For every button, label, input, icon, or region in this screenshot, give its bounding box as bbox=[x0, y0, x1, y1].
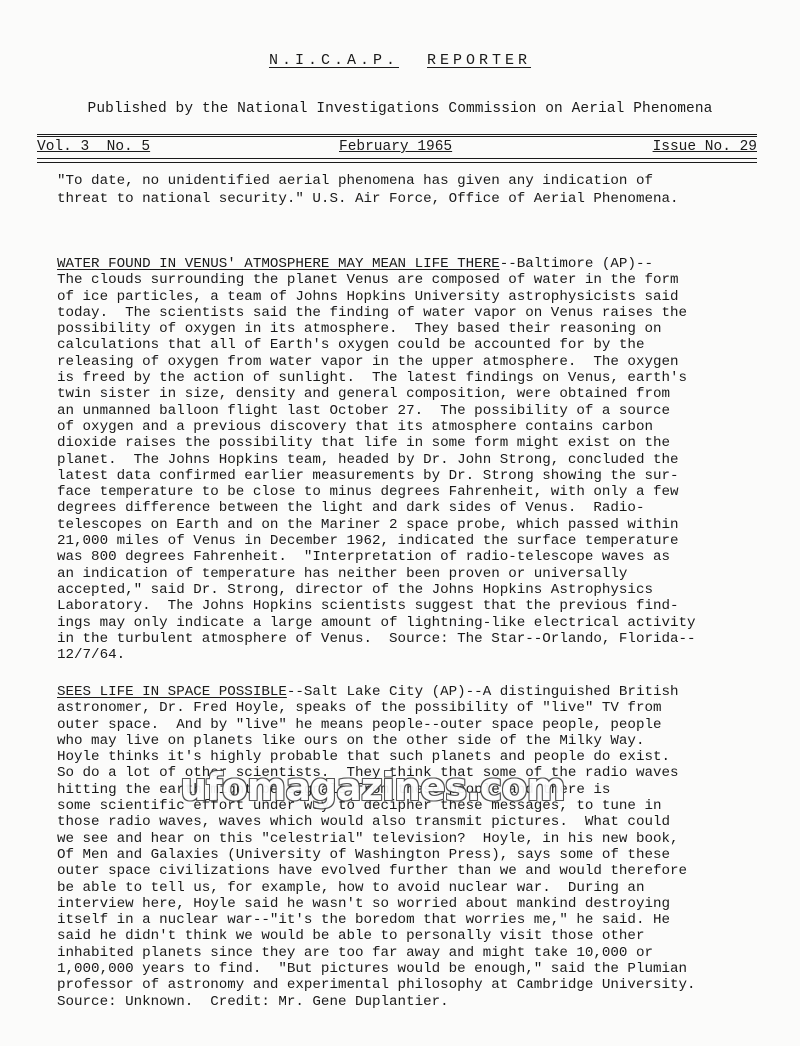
article-line: professor of astronomy and experimental … bbox=[57, 977, 797, 993]
epigraph-quote: "To date, no unidentified aerial phenome… bbox=[57, 172, 777, 208]
article-line: Hoyle thinks it's highly probable that s… bbox=[57, 749, 797, 765]
article-line: who may live on planets like ours on the… bbox=[57, 733, 797, 749]
article-line: an indication of temperature has neither… bbox=[57, 566, 797, 582]
article-line: degrees difference between the light and… bbox=[57, 500, 797, 516]
article-line: in the turbulent atmosphere of Venus. So… bbox=[57, 631, 797, 647]
article-line: we see and hear on this "celestrial" tel… bbox=[57, 831, 797, 847]
issue-date: February 1965 bbox=[339, 139, 452, 155]
article-line: those radio waves, waves which would als… bbox=[57, 814, 797, 830]
issue-number: Issue No. 29 bbox=[653, 139, 757, 155]
article-line: telescopes on Earth and on the Mariner 2… bbox=[57, 517, 797, 533]
article-line: possibility of oxygen in its atmosphere.… bbox=[57, 321, 797, 337]
article-line: 1,000,000 years to find. "But pictures w… bbox=[57, 961, 797, 977]
masthead-title: REPORTER bbox=[427, 52, 531, 69]
article-line: dioxide raises the possibility that life… bbox=[57, 435, 797, 451]
article-line: today. The scientists said the finding o… bbox=[57, 305, 797, 321]
article-line: releasing of oxygen from water vapor in … bbox=[57, 354, 797, 370]
article-line: planet. The Johns Hopkins team, headed b… bbox=[57, 452, 797, 468]
article-line: Laboratory. The Johns Hopkins scientists… bbox=[57, 598, 797, 614]
watermark-logo: ufomagazines.com bbox=[180, 765, 565, 809]
article-line: is freed by the action of sunlight. The … bbox=[57, 370, 797, 386]
masthead: N.I.C.A.P.REPORTER bbox=[0, 52, 800, 69]
article-body: astronomer, Dr. Fred Hoyle, speaks of th… bbox=[57, 700, 797, 1010]
article-line: Source: Unknown. Credit: Mr. Gene Duplan… bbox=[57, 994, 797, 1010]
article-line: itself in a nuclear war--"it's the bored… bbox=[57, 912, 797, 928]
article-line: latest data confirmed earlier measuremen… bbox=[57, 468, 797, 484]
article-headline-line: WATER FOUND IN VENUS' ATMOSPHERE MAY MEA… bbox=[57, 256, 797, 272]
article-line: accepted," said Dr. Strong, director of … bbox=[57, 582, 797, 598]
article-headline-line: SEES LIFE IN SPACE POSSIBLE--Salt Lake C… bbox=[57, 684, 797, 700]
article-line: was 800 degrees Fahrenheit. "Interpretat… bbox=[57, 549, 797, 565]
article-dateline: --Baltimore (AP)-- bbox=[500, 256, 653, 272]
volume-number: Vol. 3 No. 5 bbox=[37, 139, 150, 155]
article-line: ings may only indicate a large amount of… bbox=[57, 615, 797, 631]
article-line: inhabited planets since they are too far… bbox=[57, 945, 797, 961]
article-life-in-space: SEES LIFE IN SPACE POSSIBLE--Salt Lake C… bbox=[57, 684, 797, 1010]
article-line: 21,000 miles of Venus in December 1962, … bbox=[57, 533, 797, 549]
article-line: 12/7/64. bbox=[57, 647, 797, 663]
publisher-line: Published by the National Investigations… bbox=[0, 101, 800, 117]
article-line: calculations that all of Earth's oxygen … bbox=[57, 337, 797, 353]
article-venus-water: WATER FOUND IN VENUS' ATMOSPHERE MAY MEA… bbox=[57, 256, 797, 663]
article-line: twin sister in size, density and general… bbox=[57, 386, 797, 402]
issue-bar: Vol. 3 No. 5 February 1965 Issue No. 29 bbox=[37, 134, 757, 159]
article-line: be able to tell us, for example, how to … bbox=[57, 880, 797, 896]
article-line: Of Men and Galaxies (University of Washi… bbox=[57, 847, 797, 863]
article-line: face temperature to be close to minus de… bbox=[57, 484, 797, 500]
article-dateline: --Salt Lake City (AP)--A distinguished B… bbox=[287, 684, 679, 700]
article-line: of oxygen and a previous discovery that … bbox=[57, 419, 797, 435]
article-line: an unmanned balloon flight last October … bbox=[57, 403, 797, 419]
article-line: astronomer, Dr. Fred Hoyle, speaks of th… bbox=[57, 700, 797, 716]
newsletter-page: N.I.C.A.P.REPORTER Published by the Nati… bbox=[0, 0, 800, 1046]
article-headline: WATER FOUND IN VENUS' ATMOSPHERE MAY MEA… bbox=[57, 256, 500, 272]
quote-line: "To date, no unidentified aerial phenome… bbox=[57, 172, 777, 190]
article-line: of ice particles, a team of Johns Hopkin… bbox=[57, 289, 797, 305]
article-line: The clouds surrounding the planet Venus … bbox=[57, 272, 797, 288]
article-line: outer space. And by "live" he means peop… bbox=[57, 717, 797, 733]
quote-line: threat to national security." U.S. Air F… bbox=[57, 190, 777, 208]
article-line: said he didn't think we would be able to… bbox=[57, 928, 797, 944]
article-body: The clouds surrounding the planet Venus … bbox=[57, 272, 797, 663]
article-line: interview here, Hoyle said he wasn't so … bbox=[57, 896, 797, 912]
article-line: outer space civilizations have evolved f… bbox=[57, 863, 797, 879]
masthead-org: N.I.C.A.P. bbox=[269, 52, 399, 69]
article-headline: SEES LIFE IN SPACE POSSIBLE bbox=[57, 684, 287, 700]
